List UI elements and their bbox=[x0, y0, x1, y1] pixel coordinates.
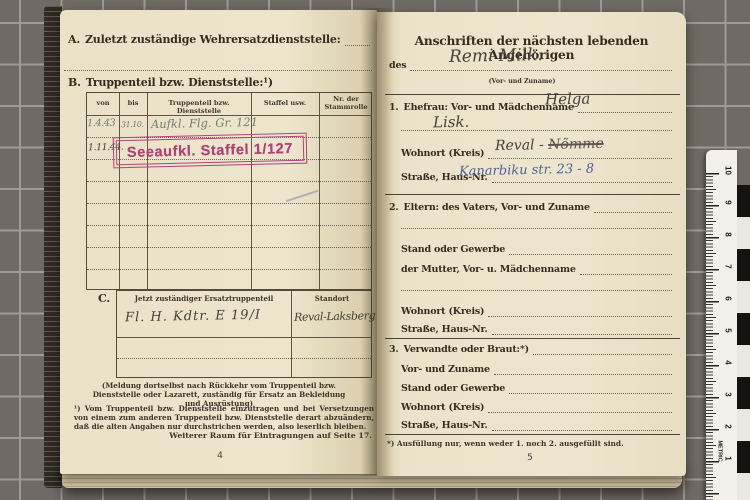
table-row-line bbox=[87, 181, 371, 182]
table-row-line bbox=[87, 203, 371, 204]
section-a-row: A. Zuletzt zuständige Wehrersatzdienstst… bbox=[68, 33, 370, 46]
more-space-note: Weiterer Raum für Eintragungen auf Seite… bbox=[160, 431, 372, 441]
ehefrau-number: 1. bbox=[389, 102, 399, 113]
stand2-label: Stand oder Gewerbe bbox=[401, 244, 505, 255]
handwriting-wohnort-crossed: Nõmme bbox=[548, 136, 604, 153]
ehefrau-blank-line bbox=[578, 111, 672, 113]
table-row-line bbox=[87, 269, 371, 270]
stand2-row: Stand oder Gewerbe bbox=[401, 244, 672, 255]
ersatz-vline bbox=[291, 291, 292, 377]
section-b-letter: B. bbox=[68, 76, 81, 89]
divider-dotted bbox=[64, 70, 372, 71]
ruler-metric-label: METRIC bbox=[717, 440, 723, 461]
handwriting-wife-last: Lisk. bbox=[433, 113, 470, 132]
table-row-line bbox=[87, 247, 371, 248]
strasse2-row: Straße, Haus-Nr. bbox=[401, 324, 672, 335]
ruler-label-1: 1 bbox=[724, 452, 733, 466]
left-page: A. Zuletzt zuständige Wehrersatzdienstst… bbox=[60, 10, 377, 474]
section-divider bbox=[385, 338, 680, 339]
handwriting-ersatz-unit: Fl. H. Kdtr. E 19/I bbox=[125, 308, 261, 326]
section-b-row: B. Truppenteil bzw. Dienststelle:¹) bbox=[68, 76, 370, 89]
col-header-staffel: Staffel usw. bbox=[251, 100, 319, 108]
stand2-blank-line bbox=[509, 253, 672, 255]
name3-label: Vor- und Zuname bbox=[401, 364, 490, 375]
section-divider bbox=[385, 194, 680, 195]
footnote-divider bbox=[385, 434, 680, 435]
handwriting-unit: Aufkl. Flg. Gr. 121 bbox=[151, 115, 258, 131]
handwriting-date-from: 1.4.43 bbox=[87, 118, 115, 130]
ruler-label-6: 6 bbox=[724, 292, 733, 306]
ruler-label-8: 8 bbox=[724, 228, 733, 242]
section-a-label: Zuletzt zuständige Wehrersatzdienststell… bbox=[85, 33, 341, 46]
strasse3-row: Straße, Haus-Nr. bbox=[401, 420, 672, 431]
name3-row: Vor- und Zuname bbox=[401, 364, 672, 375]
ruler-label-10: 10 bbox=[724, 164, 733, 178]
ruler-label-9: 9 bbox=[724, 196, 733, 210]
handwriting-wohnort: Reval - Nõmme bbox=[495, 136, 604, 154]
eltern-blank-line bbox=[594, 211, 672, 213]
ruler-label-7: 7 bbox=[724, 260, 733, 274]
ersatz-col1-header: Jetzt zuständiger Ersatztruppenteil bbox=[117, 295, 291, 303]
pencil-mark bbox=[286, 190, 319, 202]
eltern-blank-line-2 bbox=[401, 228, 672, 229]
wohnort2-blank-line bbox=[488, 315, 672, 317]
page-number-left: 4 bbox=[205, 451, 235, 461]
wohnort1-blank-line bbox=[488, 157, 672, 159]
mutter-blank-line-2 bbox=[401, 290, 672, 291]
table-vline bbox=[147, 93, 148, 289]
eltern-label: Eltern: des Vaters, Vor- und Zuname bbox=[404, 202, 590, 213]
strasse1-blank-line bbox=[492, 181, 672, 183]
wohnort2-label: Wohnort (Kreis) bbox=[401, 306, 484, 317]
ehefrau-row: 1. Ehefrau: Vor- und Mädchenname bbox=[389, 102, 672, 113]
col-header-truppenteil: Truppenteil bzw. Dienststelle bbox=[147, 100, 251, 115]
des-blank-line bbox=[410, 69, 672, 71]
verwandte-row: 3. Verwandte oder Braut:*) bbox=[389, 344, 672, 355]
mutter-row: der Mutter, Vor- u. Mädchenname bbox=[401, 264, 672, 275]
col-header-stammrolle: Nr. der Stammrolle bbox=[319, 96, 373, 111]
handwriting-wife-first: Helga bbox=[545, 90, 591, 109]
ersatz-row-line bbox=[117, 358, 371, 359]
ersatz-row-line bbox=[117, 337, 371, 338]
ruler-checker-scale bbox=[737, 185, 750, 500]
handwriting-standort: Reval-Laksberg bbox=[294, 309, 375, 324]
mutter-label: der Mutter, Vor- u. Mädchenname bbox=[401, 264, 576, 275]
photo-of-wehrpass-on-cutting-mat: A. Zuletzt zuständige Wehrersatzdienstst… bbox=[0, 0, 750, 500]
verwandte-number: 3. bbox=[389, 344, 399, 355]
col-header-bis: bis bbox=[119, 100, 147, 108]
ersatz-col2-header: Standort bbox=[291, 295, 373, 303]
unit-stamp-text: Seeaufkl. Staffel 1/127 bbox=[127, 140, 293, 160]
wohnort3-row: Wohnort (Kreis) bbox=[401, 402, 672, 413]
stand3-row: Stand oder Gewerbe bbox=[401, 383, 672, 394]
metric-scale-ruler: 10 9 8 7 6 5 4 3 2 1 METRIC bbox=[706, 150, 750, 500]
ruler-label-5: 5 bbox=[724, 324, 733, 338]
right-page: Anschriften der nächsten lebenden Angehö… bbox=[377, 12, 686, 476]
col-header-von: von bbox=[87, 100, 119, 108]
page-number-right: 5 bbox=[515, 453, 545, 463]
wohnort3-label: Wohnort (Kreis) bbox=[401, 402, 484, 413]
section-a-letter: A. bbox=[68, 33, 80, 46]
verwandte-blank-line bbox=[533, 353, 672, 355]
wohnort1-label: Wohnort (Kreis) bbox=[401, 148, 484, 159]
table-row-line bbox=[87, 225, 371, 226]
eltern-number: 2. bbox=[389, 202, 399, 213]
strasse2-label: Straße, Haus-Nr. bbox=[401, 324, 488, 335]
verwandte-label: Verwandte oder Braut:*) bbox=[404, 344, 529, 355]
stand3-label: Stand oder Gewerbe bbox=[401, 383, 505, 394]
section-divider bbox=[385, 94, 680, 95]
table-vline bbox=[119, 93, 120, 289]
strasse3-blank-line bbox=[492, 429, 672, 431]
name3-blank-line bbox=[494, 373, 672, 375]
star-footnote: *) Ausfüllung nur, wenn weder 1. noch 2.… bbox=[387, 439, 667, 448]
ruler-label-4: 4 bbox=[724, 356, 733, 370]
eltern-row: 2. Eltern: des Vaters, Vor- und Zuname bbox=[389, 202, 672, 213]
handwriting-street-blue-ink: Kanarbiku str. 23 - 8 bbox=[459, 162, 594, 180]
strasse3-label: Straße, Haus-Nr. bbox=[401, 420, 488, 431]
ruler-body: 10 9 8 7 6 5 4 3 2 1 METRIC bbox=[706, 150, 737, 500]
des-sub-label: (Vor- und Zuname) bbox=[417, 78, 627, 86]
footnote-1: ¹) Vom Truppenteil bzw. Dienststelle ein… bbox=[74, 404, 374, 431]
wohnort2-row: Wohnort (Kreis) bbox=[401, 306, 672, 317]
assignments-table: von bis Truppenteil bzw. Dienststelle St… bbox=[86, 92, 372, 290]
section-b-label: Truppenteil bzw. Dienststelle:¹) bbox=[86, 76, 273, 89]
table-vline bbox=[319, 93, 320, 289]
section-a-blank-line bbox=[345, 44, 370, 46]
unit-stamp: Seeaufkl. Staffel 1/127 bbox=[116, 136, 305, 166]
strasse2-blank-line bbox=[492, 333, 672, 335]
handwriting-name: Remi Milk. bbox=[449, 45, 543, 67]
stand3-blank-line bbox=[509, 392, 672, 394]
wohnort3-blank-line bbox=[488, 411, 672, 413]
mutter-blank-line bbox=[580, 273, 672, 275]
handwriting-date-to: 31.10. bbox=[121, 120, 144, 129]
des-label: des bbox=[389, 60, 406, 71]
ersatz-table: Jetzt zuständiger Ersatztruppenteil Stan… bbox=[116, 290, 372, 378]
handwriting-wohnort-text: Reval - bbox=[495, 137, 544, 154]
section-c-letter: C. bbox=[98, 292, 110, 305]
ruler-label-2: 2 bbox=[724, 420, 733, 434]
ruler-label-3: 3 bbox=[724, 388, 733, 402]
